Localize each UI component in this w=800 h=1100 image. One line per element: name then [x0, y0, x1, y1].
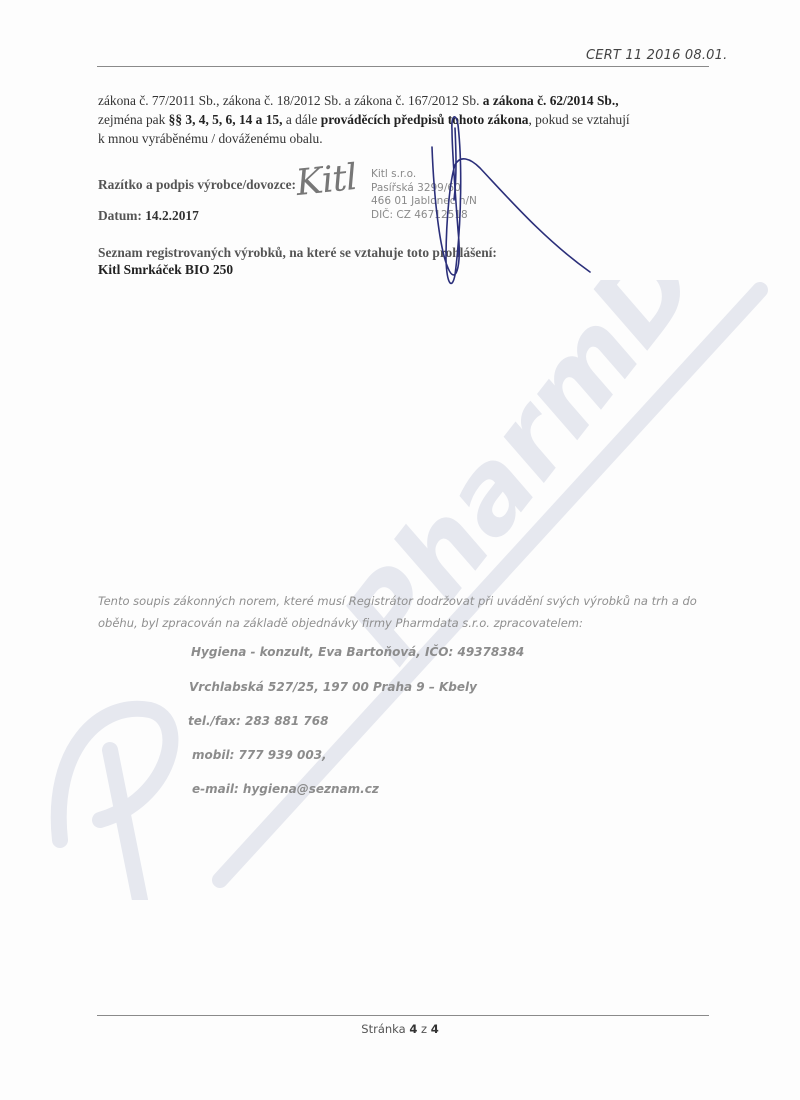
compiler-note: Tento soupis zákonných norem, které musí… — [98, 590, 728, 634]
intro-text: zákona č. 77/2011 Sb., zákona č. 18/2012… — [98, 93, 483, 108]
intro-bold-law: a zákona č. 62/2014 Sb., — [483, 93, 619, 108]
contact-phone-fax: tel./fax: 283 881 768 — [188, 714, 328, 728]
document-code: CERT 11 2016 08.01. — [586, 48, 727, 63]
stamp-city: 466 01 Jablonec n/N — [371, 195, 477, 209]
company-logo-signature: Kitl — [294, 157, 358, 204]
stamp-street: Pasířská 3299/60 — [371, 182, 477, 196]
intro-text: zejména pak — [98, 112, 169, 127]
page-separator: z — [417, 1022, 430, 1036]
contact-company: Hygiena - konzult, Eva Bartoňová, IČO: 4… — [191, 645, 524, 659]
footer-divider — [97, 1015, 709, 1016]
page-label: Stránka — [361, 1022, 409, 1036]
page-total: 4 — [431, 1022, 439, 1036]
contact-email: e-mail: hygiena@seznam.cz — [192, 782, 379, 796]
stamp-company: Kitl s.r.o. — [371, 168, 477, 182]
intro-bold-regulations: prováděcích předpisů tohoto zákona — [321, 112, 529, 127]
product-item: Kitl Smrkáček BIO 250 — [98, 262, 233, 278]
intro-text: k mnou vyráběnému / dováženému obalu. — [98, 131, 323, 146]
stamp-tax-id: DIČ: CZ 46712518 — [371, 209, 477, 223]
header-divider — [97, 66, 709, 67]
company-stamp: Kitl s.r.o. Pasířská 3299/60 466 01 Jabl… — [371, 168, 477, 222]
registered-products-label: Seznam registrovaných výrobků, na které … — [98, 245, 497, 261]
intro-bold-sections: §§ 3, 4, 5, 6, 14 a 15, — [169, 112, 283, 127]
date-value: 14.2.2017 — [145, 208, 199, 223]
legal-paragraph: zákona č. 77/2011 Sb., zákona č. 18/2012… — [98, 91, 718, 148]
intro-text: a dále — [282, 112, 320, 127]
stamp-signature-label: Razítko a podpis výrobce/dovozce: — [98, 177, 296, 193]
date-label: Datum: — [98, 208, 145, 223]
page-number: Stránka 4 z 4 — [0, 1022, 800, 1036]
intro-text: , pokud se vztahují — [528, 112, 629, 127]
date-line: Datum: 14.2.2017 — [98, 208, 199, 224]
contact-mobile: mobil: 777 939 003, — [192, 748, 327, 762]
contact-address: Vrchlabská 527/25, 197 00 Praha 9 – Kbel… — [189, 680, 477, 694]
